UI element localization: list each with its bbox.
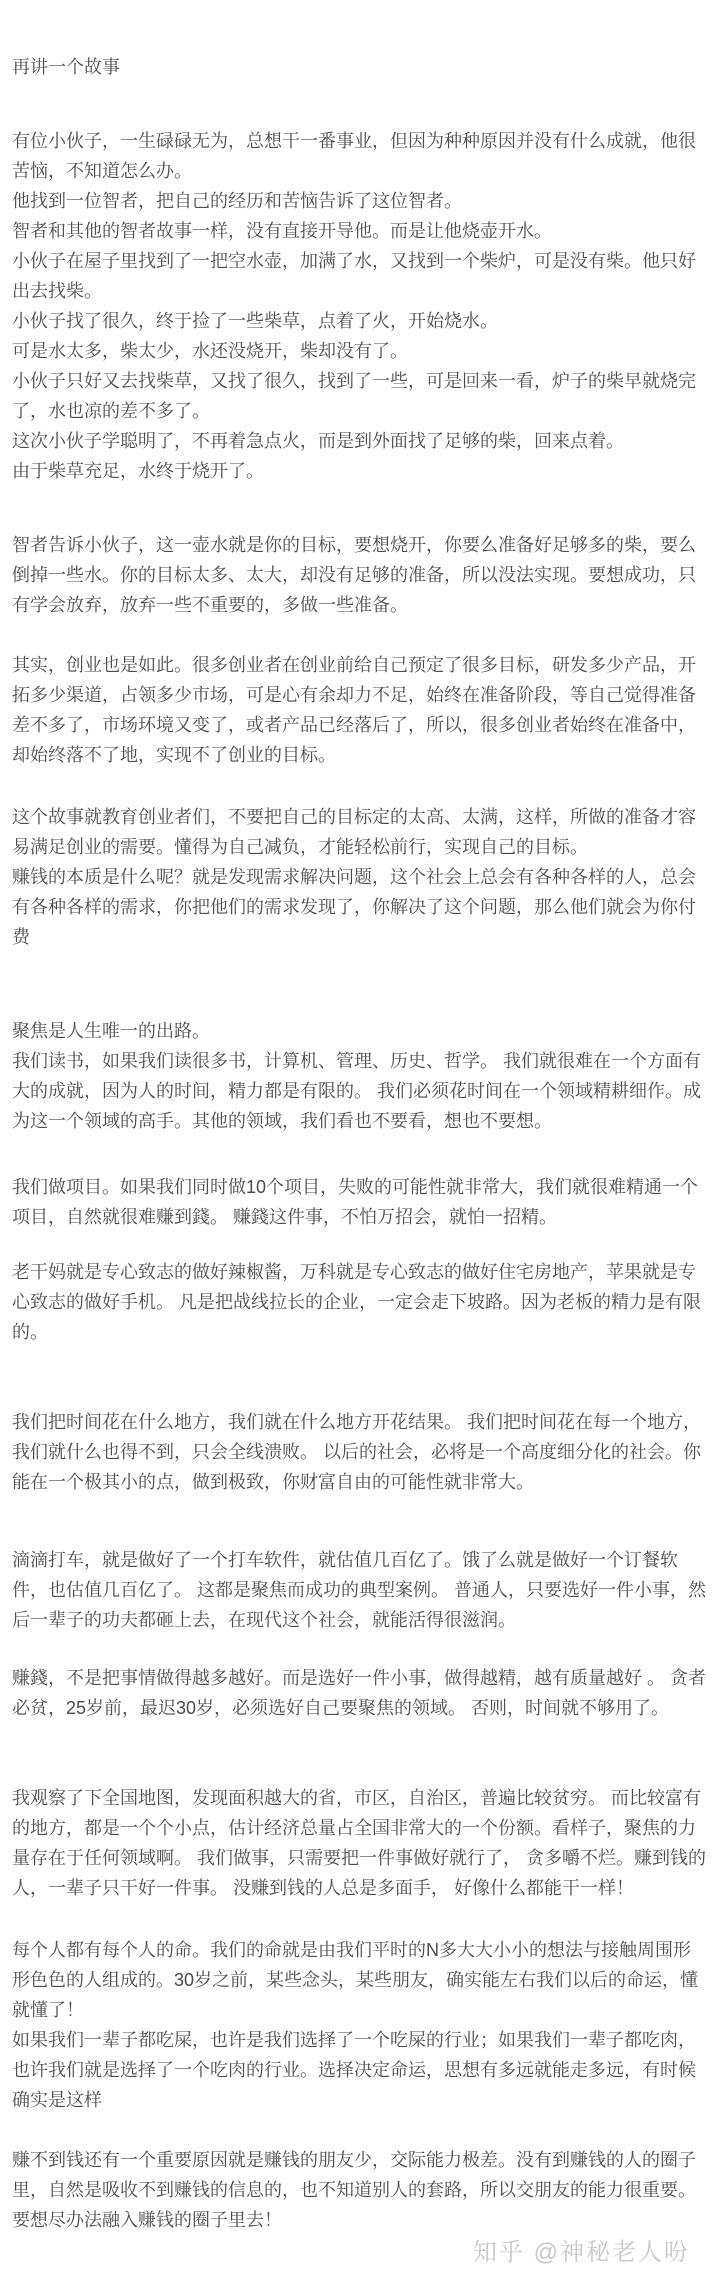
quality-paragraph: 赚錢，不是把事情做得越多越好。而是选好一件小事，做得越精，越有质量越好 。 贪者…	[12, 1663, 708, 1723]
story-paragraph-5: 小伙子找了很久，终于捡了一些柴草，点着了火，开始烧水。	[12, 306, 708, 336]
time-paragraph: 我们把时间花在什么地方，我们就在什么地方开花结果。 我们把时间花在每一个地方，我…	[12, 1407, 708, 1497]
startup-section: 其实，创业也是如此。很多创业者在创业前给自己预定了很多目标，研发多少产品，开拓多…	[12, 650, 708, 770]
time-section: 我们把时间花在什么地方，我们就在什么地方开花结果。 我们把时间花在每一个地方，我…	[12, 1407, 708, 1497]
lesson-paragraph-2: 赚钱的本质是什么呢？就是发现需求解决问题，这个社会上总会有各种各样的人，总会有各…	[12, 862, 708, 952]
story-paragraph-2: 他找到一位智者，把自己的经历和苦恼告诉了这位智者。	[12, 186, 708, 216]
lesson-paragraph-1: 这个故事就教育创业者们，不要把自己的目标定的太高、太满，这样，所做的准备才容易满…	[12, 802, 708, 862]
article-title: 再讲一个故事	[12, 52, 708, 82]
focus-paragraph-reading: 我们读书，如果我们读很多书，计算机、管理、历史、哲学。 我们就很难在一个方面有大…	[12, 1046, 708, 1136]
observation-paragraph: 我观察了下全国地图，发现面积越大的省，市区，自治区，普遍比较贫穷。 而比较富有的…	[12, 1783, 708, 1903]
story-paragraph-7: 小伙子只好又去找柴草，又找了很久，找到了一些，可是回来一看，炉子的柴早就烧完了，…	[12, 366, 708, 426]
startup-paragraph: 其实，创业也是如此。很多创业者在创业前给自己预定了很多目标，研发多少产品，开拓多…	[12, 650, 708, 770]
destiny-paragraph-2: 如果我们一辈子都吃屎，也许是我们选择了一个吃屎的行业；如果我们一辈子都吃肉，也许…	[12, 2025, 708, 2115]
lesson-section: 这个故事就教育创业者们，不要把自己的目标定的太高、太满，这样，所做的准备才容易满…	[12, 802, 708, 952]
projects-paragraph: 我们做项目。如果我们同时做10个项目，失败的可能性就非常大，我们就很难精通一个项…	[12, 1172, 708, 1232]
story-paragraph-9: 由于柴草充足，水终于烧开了。	[12, 456, 708, 486]
examples-section: 滴滴打车，就是做好了一个打车软件，就估值几百亿了。饿了么就是做好一个订餐软件，也…	[12, 1545, 708, 1635]
watermark-text: 知乎 @神秘老人吩	[473, 2239, 690, 2266]
projects-section: 我们做项目。如果我们同时做10个项目，失败的可能性就非常大，我们就很难精通一个项…	[12, 1172, 708, 1232]
story-section: 有位小伙子，一生碌碌无为，总想干一番事业，但因为种种原因并没有什么成就，他很苦恼…	[12, 126, 708, 486]
observation-section: 我观察了下全国地图，发现面积越大的省，市区，自治区，普遍比较贫穷。 而比较富有的…	[12, 1783, 708, 1903]
companies-paragraph: 老干妈就是专心致志的做好辣椒酱，万科就是专心致志的做好住宅房地产，苹果就是专心致…	[12, 1257, 708, 1347]
zhihu-watermark: 知乎 @神秘老人吩	[12, 2235, 708, 2271]
moral-section: 智者告诉小伙子，这一壶水就是你的目标，要想烧开，你要么准备好足够多的柴，要么倒掉…	[12, 530, 708, 620]
story-paragraph-1: 有位小伙子，一生碌碌无为，总想干一番事业，但因为种种原因并没有什么成就，他很苦恼…	[12, 126, 708, 186]
story-paragraph-8: 这次小伙子学聪明了，不再着急点火，而是到外面找了足够的柴，回来点着。	[12, 426, 708, 456]
focus-heading: 聚焦是人生唯一的出路。	[12, 1016, 708, 1046]
focus-section: 聚焦是人生唯一的出路。 我们读书，如果我们读很多书，计算机、管理、历史、哲学。 …	[12, 1016, 708, 1136]
article-page: 再讲一个故事 有位小伙子，一生碌碌无为，总想干一番事业，但因为种种原因并没有什么…	[0, 0, 720, 2271]
network-section: 赚不到钱还有一个重要原因就是赚钱的朋友少，交际能力极差。没有到赚钱的人的圈子里，…	[12, 2145, 708, 2235]
quality-section: 赚錢，不是把事情做得越多越好。而是选好一件小事，做得越精，越有质量越好 。 贪者…	[12, 1663, 708, 1723]
examples-paragraph: 滴滴打车，就是做好了一个打车软件，就估值几百亿了。饿了么就是做好一个订餐软件，也…	[12, 1545, 708, 1635]
story-paragraph-4: 小伙子在屋子里找到了一把空水壶，加满了水，又找到一个柴炉，可是没有柴。他只好出去…	[12, 246, 708, 306]
story-paragraph-3: 智者和其他的智者故事一样，没有直接开导他。而是让他烧壶开水。	[12, 216, 708, 246]
destiny-paragraph-1: 每个人都有每个人的命。我们的命就是由我们平时的N多大大小小的想法与接触周围形形色…	[12, 1935, 708, 2025]
story-paragraph-6: 可是水太多，柴太少，水还没烧开，柴却没有了。	[12, 336, 708, 366]
companies-section: 老干妈就是专心致志的做好辣椒酱，万科就是专心致志的做好住宅房地产，苹果就是专心致…	[12, 1257, 708, 1347]
network-paragraph: 赚不到钱还有一个重要原因就是赚钱的朋友少，交际能力极差。没有到赚钱的人的圈子里，…	[12, 2145, 708, 2235]
destiny-section: 每个人都有每个人的命。我们的命就是由我们平时的N多大大小小的想法与接触周围形形色…	[12, 1935, 708, 2115]
moral-paragraph: 智者告诉小伙子，这一壶水就是你的目标，要想烧开，你要么准备好足够多的柴，要么倒掉…	[12, 530, 708, 620]
